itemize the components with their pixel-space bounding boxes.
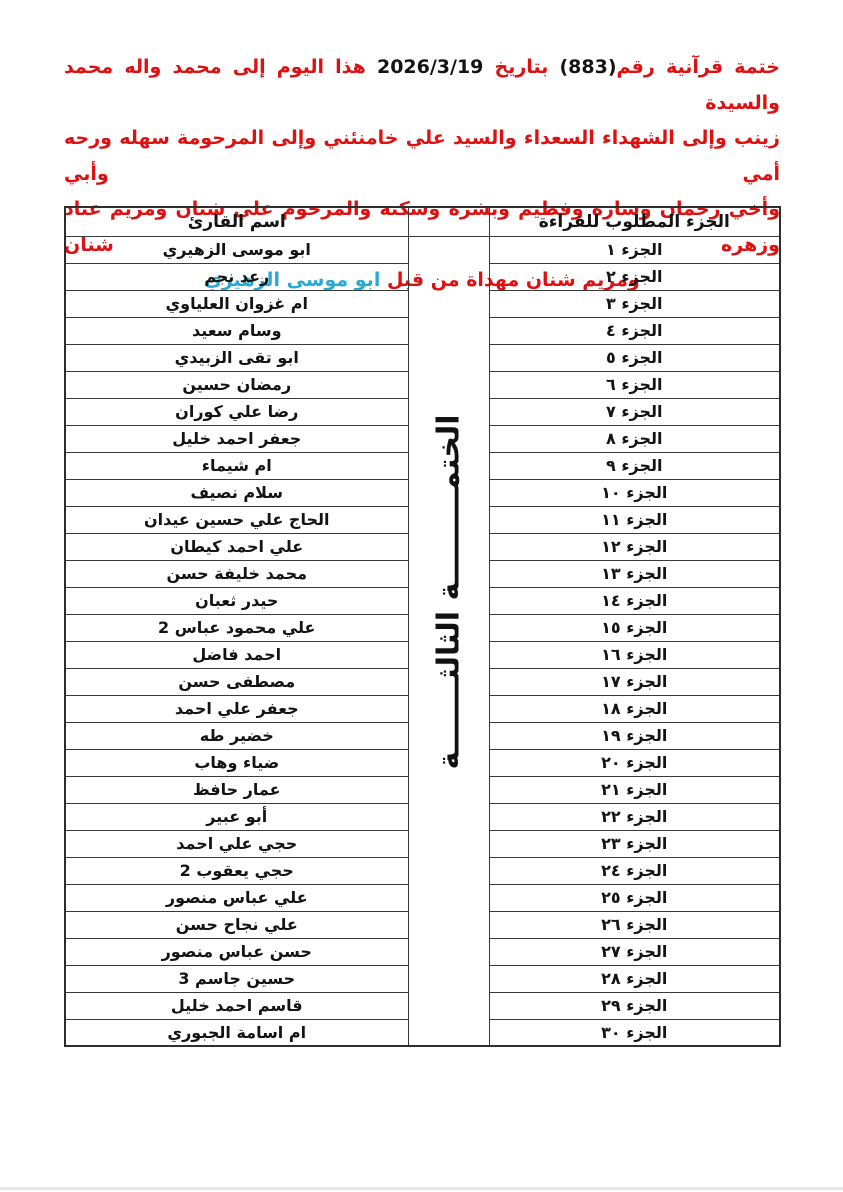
reader-name-cell: علي احمد كيطان [65,533,408,560]
reader-name-cell: رضا علي كوران [65,398,408,425]
juz-part-cell: الجزء ١ [489,236,780,263]
col-header-part: الجزء المطلوب للقراءة [489,207,780,236]
juz-part-cell: الجزء ١٩ [489,722,780,749]
reader-name-cell: ابو تقى الزبيدي [65,344,408,371]
juz-part-cell: الجزء ٢٣ [489,830,780,857]
header-text-segment: ختمة قرآنية رقم [617,56,780,78]
juz-part-cell: الجزء ٥ [489,344,780,371]
reader-name-cell: حجي علي احمد [65,830,408,857]
reader-name-cell: مصطفى حسن [65,668,408,695]
scan-edge [0,1187,843,1190]
reader-name-cell: رمضان حسين [65,371,408,398]
reader-name-cell: حسن عباس منصور [65,938,408,965]
document-page: ختمة قرآنية رقم(883) بتاريخ 2026/3/19 هذ… [0,0,843,1192]
header-text-segment: بتاريخ [483,56,559,78]
reader-name-cell: خضير طه [65,722,408,749]
reader-name-cell: جعفر علي احمد [65,695,408,722]
juz-part-cell: الجزء ١١ [489,506,780,533]
reader-name-cell: احمد فاضل [65,641,408,668]
reader-name-cell: ام اسامة الجبوري [65,1019,408,1046]
header-text-segment: زينب وإلى الشهداء السعداء والسيد علي خام… [64,127,780,185]
header-line-2: زينب وإلى الشهداء السعداء والسيد علي خام… [64,121,780,192]
juz-part-cell: الجزء ٧ [489,398,780,425]
juz-part-cell: الجزء ٢١ [489,776,780,803]
juz-part-cell: الجزء ١٦ [489,641,780,668]
reader-name-cell: علي عباس منصور [65,884,408,911]
juz-part-cell: الجزء ٨ [489,425,780,452]
reader-name-cell: ام شيماء [65,452,408,479]
khatma-assignment-table: الجزء المطلوب للقراءة اسم القارئ الجزء ١… [64,206,781,1047]
juz-part-cell: الجزء ١٢ [489,533,780,560]
col-header-name: اسم القارئ [65,207,408,236]
juz-part-cell: الجزء ١٧ [489,668,780,695]
juz-part-cell: الجزء ٣ [489,290,780,317]
table-body: الجزء ١الختمـــــــــة الثالثـــــــةابو… [65,236,780,1046]
juz-part-cell: الجزء ٩ [489,452,780,479]
reader-name-cell: ام غزوان العلياوي [65,290,408,317]
juz-part-cell: الجزء ٦ [489,371,780,398]
reader-name-cell: الحاج علي حسين عيدان [65,506,408,533]
reader-name-cell: حيدر ثعبان [65,587,408,614]
juz-part-cell: الجزء ٤ [489,317,780,344]
juz-part-cell: الجزء ١٨ [489,695,780,722]
juz-part-cell: الجزء ٢٦ [489,911,780,938]
table-row: الجزء ١الختمـــــــــة الثالثـــــــةابو… [65,236,780,263]
juz-part-cell: الجزء ٢ [489,263,780,290]
juz-part-cell: الجزء ٣٠ [489,1019,780,1046]
col-header-middle [408,207,489,236]
reader-name-cell: جعفر احمد خليل [65,425,408,452]
header-text-segment: (883) [559,56,616,78]
reader-name-cell: محمد خليفة حسن [65,560,408,587]
reader-name-cell: سلام نصيف [65,479,408,506]
reader-name-cell: وسام سعيد [65,317,408,344]
header-text-segment: 2026/3/19 [377,56,483,78]
juz-part-cell: الجزء ١٥ [489,614,780,641]
reader-name-cell: علي نجاح حسن [65,911,408,938]
reader-name-cell: قاسم احمد خليل [65,992,408,1019]
juz-part-cell: الجزء ٢٩ [489,992,780,1019]
reader-name-cell: حجي يعقوب 2 [65,857,408,884]
table-header-row: الجزء المطلوب للقراءة اسم القارئ [65,207,780,236]
reader-name-cell: ضياء وهاب [65,749,408,776]
khatma-title-cell: الختمـــــــــة الثالثـــــــة [408,236,489,1046]
reader-name-cell: علي محمود عباس 2 [65,614,408,641]
juz-part-cell: الجزء ١٣ [489,560,780,587]
reader-name-cell: أبو عبير [65,803,408,830]
khatma-vertical-title: الختمـــــــــة الثالثـــــــة [431,415,466,770]
juz-part-cell: الجزء ١٤ [489,587,780,614]
juz-part-cell: الجزء ٢٠ [489,749,780,776]
reader-name-cell: حسين جاسم 3 [65,965,408,992]
reader-name-cell: عمار حافظ [65,776,408,803]
juz-part-cell: الجزء ٢٨ [489,965,780,992]
juz-part-cell: الجزء ٢٢ [489,803,780,830]
reader-name-cell: ابو موسى الزهيري [65,236,408,263]
table-header: الجزء المطلوب للقراءة اسم القارئ [65,207,780,236]
header-line-1: ختمة قرآنية رقم(883) بتاريخ 2026/3/19 هذ… [64,50,780,121]
juz-part-cell: الجزء ٢٤ [489,857,780,884]
juz-part-cell: الجزء ٢٧ [489,938,780,965]
reader-name-cell: رعد نجم [65,263,408,290]
juz-part-cell: الجزء ٢٥ [489,884,780,911]
juz-part-cell: الجزء ١٠ [489,479,780,506]
